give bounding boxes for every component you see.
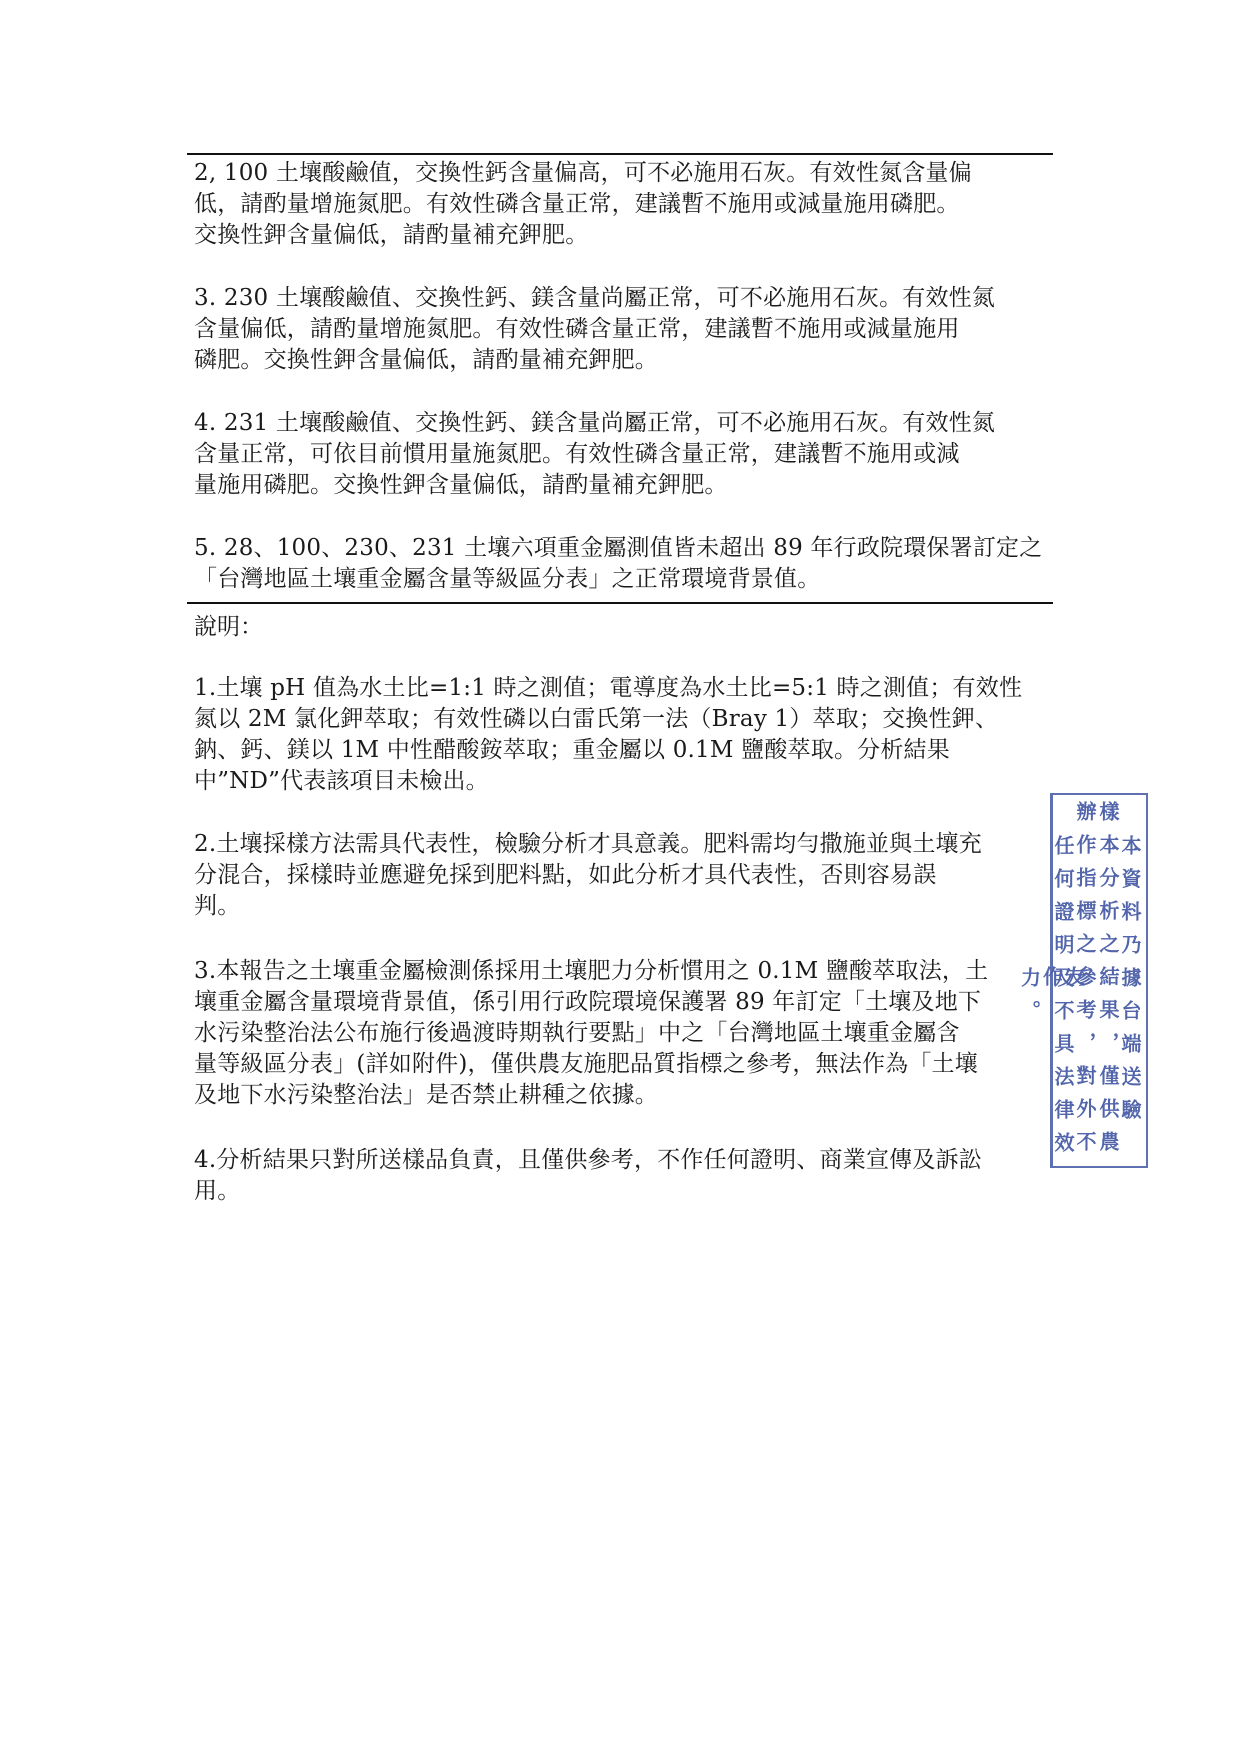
text-line: 含量偏低，請酌量增施氮肥。有效性磷含量正常，建議暫不施用或減量施用 xyxy=(194,314,1054,345)
results-top-rule xyxy=(187,153,1053,155)
results-bottom-rule xyxy=(187,602,1053,604)
note-4: 4.分析結果只對所送樣品負責，且僅供參考，不作任何證明、商業宣傳及訴訟 用。 xyxy=(194,1145,1054,1207)
text-line: 含量正常，可依目前慣用量施氮肥。有效性磷含量正常，建議暫不施用或減 xyxy=(194,439,1054,470)
note-2: 2.土壤採樣方法需具代表性，檢驗分析才具意義。肥料需均勻撒施並與土壤充 分混合，… xyxy=(194,829,1054,922)
text-line: 水污染整治法公布施行後過渡時期執行要點」中之「台灣地區土壤重金屬含 xyxy=(194,1018,1054,1049)
stamp-column-2: 樣本分析之結果，僅供農友 xyxy=(1100,799,1124,1166)
stamp-column-4: 任何證明及不具法律效力。 xyxy=(1055,833,1079,1166)
text-line: 鈉、鈣、鎂以 1M 中性醋酸銨萃取；重金屬以 0.1M 鹽酸萃取。分析結果 xyxy=(194,735,1054,766)
document-page: 2, 100 土壤酸鹼值，交換性鈣含量偏高，可不必施用石灰。有效性氮含量偏 低，… xyxy=(0,0,1241,1755)
text-line: 低，請酌量增施氮肥。有效性磷含量正常，建議暫不施用或減量施用磷肥。 xyxy=(194,189,1054,220)
text-line: 判。 xyxy=(194,891,1054,922)
text-line: 量施用磷肥。交換性鉀含量偏低，請酌量補充鉀肥。 xyxy=(194,470,1054,501)
text-line: 2.土壤採樣方法需具代表性，檢驗分析才具意義。肥料需均勻撒施並與土壤充 xyxy=(194,829,1054,860)
text-line: 4.分析結果只對所送樣品負責，且僅供參考，不作任何證明、商業宣傳及訴訟 xyxy=(194,1145,1054,1176)
text-line: 氮以 2M 氯化鉀萃取；有效性磷以白雷氏第一法（Bray 1）萃取；交換性鉀、 xyxy=(194,704,1054,735)
text-line: 3.本報告之土壤重金屬檢測係採用土壤肥力分析慣用之 0.1M 鹽酸萃取法，土 xyxy=(194,956,1054,987)
result-paragraph-3: 3. 230 土壤酸鹼值、交換性鈣、鎂含量尚屬正常，可不必施用石灰。有效性氮 含… xyxy=(194,283,1054,376)
text-line: 量等級區分表」(詳如附件)，僅供農友施肥品質指標之參考，無法作為「土壤 xyxy=(194,1049,1054,1080)
text-line: 中”ND”代表該項目未檢出。 xyxy=(194,766,1054,797)
text-line: 5. 28、100、230、231 土壤六項重金屬測值皆未超出 89 年行政院環… xyxy=(194,533,1054,564)
text-line: 「台灣地區土壤重金屬含量等級區分表」之正常環境背景值。 xyxy=(194,564,1054,595)
result-paragraph-4: 4. 231 土壤酸鹼值、交換性鈣、鎂含量尚屬正常，可不必施用石灰。有效性氮 含… xyxy=(194,408,1054,501)
note-1: 1.土壤 pH 值為水土比=1:1 時之測值；電導度為水土比=5:1 時之測值；… xyxy=(194,673,1054,797)
text-line: 3. 230 土壤酸鹼值、交換性鈣、鎂含量尚屬正常，可不必施用石灰。有效性氮 xyxy=(194,283,1054,314)
text-line: 2, 100 土壤酸鹼值，交換性鈣含量偏高，可不必施用石灰。有效性氮含量偏 xyxy=(194,158,1054,189)
result-paragraph-2: 2, 100 土壤酸鹼值，交換性鈣含量偏高，可不必施用石灰。有效性氮含量偏 低，… xyxy=(194,158,1054,251)
text-line: 交換性鉀含量偏低，請酌量補充鉀肥。 xyxy=(194,220,1054,251)
result-paragraph-5: 5. 28、100、230、231 土壤六項重金屬測值皆未超出 89 年行政院環… xyxy=(194,533,1054,595)
note-3: 3.本報告之土壤重金屬檢測係採用土壤肥力分析慣用之 0.1M 鹽酸萃取法，土 壤… xyxy=(194,956,1054,1111)
text-line: 4. 231 土壤酸鹼值、交換性鈣、鎂含量尚屬正常，可不必施用石灰。有效性氮 xyxy=(194,408,1054,439)
text-line: 磷肥。交換性鉀含量偏低，請酌量補充鉀肥。 xyxy=(194,345,1054,376)
stamp-column-3: 辦作指標之參考，對外不作 xyxy=(1077,799,1101,1166)
text-line: 壤重金屬含量環境背景值，係引用行政院環境保護署 89 年訂定「土壤及地下 xyxy=(194,987,1054,1018)
text-line: 分混合，採樣時並應避免採到肥料點，如此分析才具代表性，否則容易誤 xyxy=(194,860,1054,891)
stamp-column-1: 本資料乃據台端送驗 xyxy=(1122,835,1146,1132)
text-line: 用。 xyxy=(194,1176,1054,1207)
disclaimer-stamp: 本資料乃據台端送驗 樣本分析之結果，僅供農友 辦作指標之參考，對外不作 任何證明… xyxy=(1050,793,1148,1168)
text-line: 及地下水污染整治法」是否禁止耕種之依據。 xyxy=(194,1080,1054,1111)
text-line: 1.土壤 pH 值為水土比=1:1 時之測值；電導度為水土比=5:1 時之測值；… xyxy=(194,673,1054,704)
notes-heading: 說明： xyxy=(194,612,263,643)
